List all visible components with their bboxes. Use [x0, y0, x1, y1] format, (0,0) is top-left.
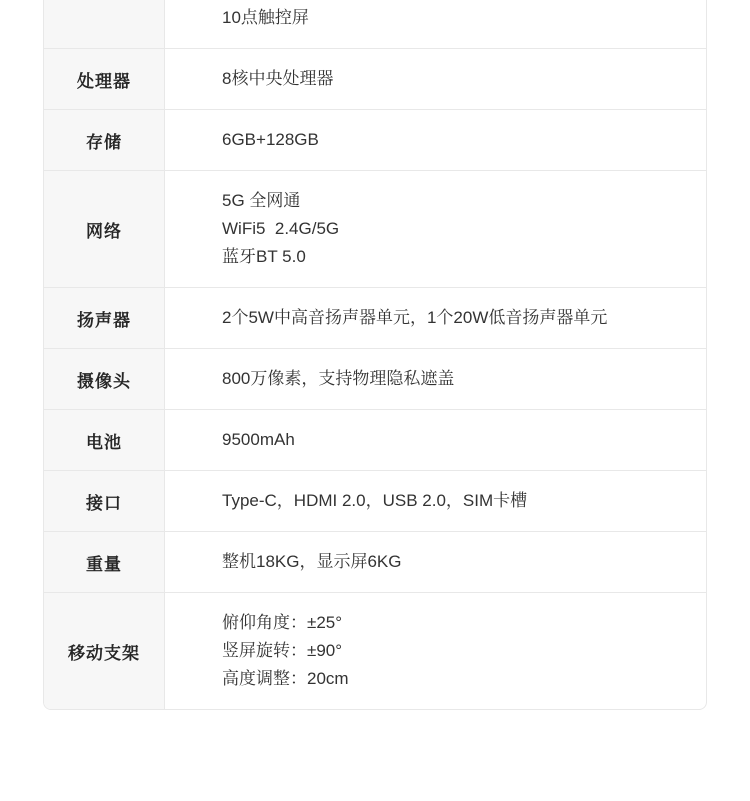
spec-row-speaker: 扬声器 2个5W中高音扬声器单元，1个20W低音扬声器单元: [44, 287, 706, 348]
spec-value-line: 整机18KG，显示屏6KG: [222, 548, 686, 576]
spec-row-mobile-stand: 移动支架 俯仰角度：±25° 竖屏旋转：±90° 高度调整：20cm: [44, 592, 706, 709]
spec-label: [44, 0, 165, 48]
spec-label: 扬声器: [44, 288, 165, 348]
spec-label: 重量: [44, 532, 165, 592]
spec-value-line: 5G 全网通: [222, 187, 686, 215]
spec-label: 移动支架: [44, 593, 165, 709]
spec-value: 10点触控屏: [165, 0, 706, 48]
spec-label: 电池: [44, 410, 165, 470]
spec-table: 10点触控屏 处理器 8核中央处理器 存储 6GB+128GB 网络 5G 全网…: [43, 0, 707, 710]
spec-value-line: 10点触控屏: [222, 4, 686, 32]
spec-row-battery: 电池 9500mAh: [44, 409, 706, 470]
spec-value: 俯仰角度：±25° 竖屏旋转：±90° 高度调整：20cm: [165, 593, 706, 709]
spec-value: 5G 全网通 WiFi5 2.4G/5G 蓝牙BT 5.0: [165, 171, 706, 287]
spec-label: 处理器: [44, 49, 165, 109]
spec-label: 网络: [44, 171, 165, 287]
spec-row-weight: 重量 整机18KG，显示屏6KG: [44, 531, 706, 592]
spec-row-camera: 摄像头 800万像素，支持物理隐私遮盖: [44, 348, 706, 409]
spec-value-line: Type-C，HDMI 2.0，USB 2.0，SIM卡槽: [222, 487, 686, 515]
spec-value-line: WiFi5 2.4G/5G: [222, 215, 686, 243]
spec-value-line: 8核中央处理器: [222, 65, 686, 93]
spec-value: Type-C，HDMI 2.0，USB 2.0，SIM卡槽: [165, 471, 706, 531]
spec-value-line: 2个5W中高音扬声器单元，1个20W低音扬声器单元: [222, 304, 686, 332]
spec-row-storage: 存储 6GB+128GB: [44, 109, 706, 170]
spec-value: 整机18KG，显示屏6KG: [165, 532, 706, 592]
spec-value: 800万像素，支持物理隐私遮盖: [165, 349, 706, 409]
spec-row-processor: 处理器 8核中央处理器: [44, 48, 706, 109]
spec-value-line: 高度调整：20cm: [222, 665, 686, 693]
spec-value-line: 蓝牙BT 5.0: [222, 243, 686, 271]
spec-label: 存储: [44, 110, 165, 170]
spec-value-line: 9500mAh: [222, 426, 686, 454]
spec-value-line: 俯仰角度：±25°: [222, 609, 686, 637]
spec-value-line: 竖屏旋转：±90°: [222, 637, 686, 665]
spec-label: 摄像头: [44, 349, 165, 409]
spec-label: 接口: [44, 471, 165, 531]
spec-row-ports: 接口 Type-C，HDMI 2.0，USB 2.0，SIM卡槽: [44, 470, 706, 531]
spec-row-network: 网络 5G 全网通 WiFi5 2.4G/5G 蓝牙BT 5.0: [44, 170, 706, 287]
spec-row-touchscreen: 10点触控屏: [44, 0, 706, 48]
spec-value-line: 800万像素，支持物理隐私遮盖: [222, 365, 686, 393]
spec-value: 2个5W中高音扬声器单元，1个20W低音扬声器单元: [165, 288, 706, 348]
product-spec-page: 10点触控屏 处理器 8核中央处理器 存储 6GB+128GB 网络 5G 全网…: [0, 0, 750, 801]
spec-value: 9500mAh: [165, 410, 706, 470]
spec-value: 8核中央处理器: [165, 49, 706, 109]
spec-value-line: 6GB+128GB: [222, 126, 686, 154]
spec-value: 6GB+128GB: [165, 110, 706, 170]
